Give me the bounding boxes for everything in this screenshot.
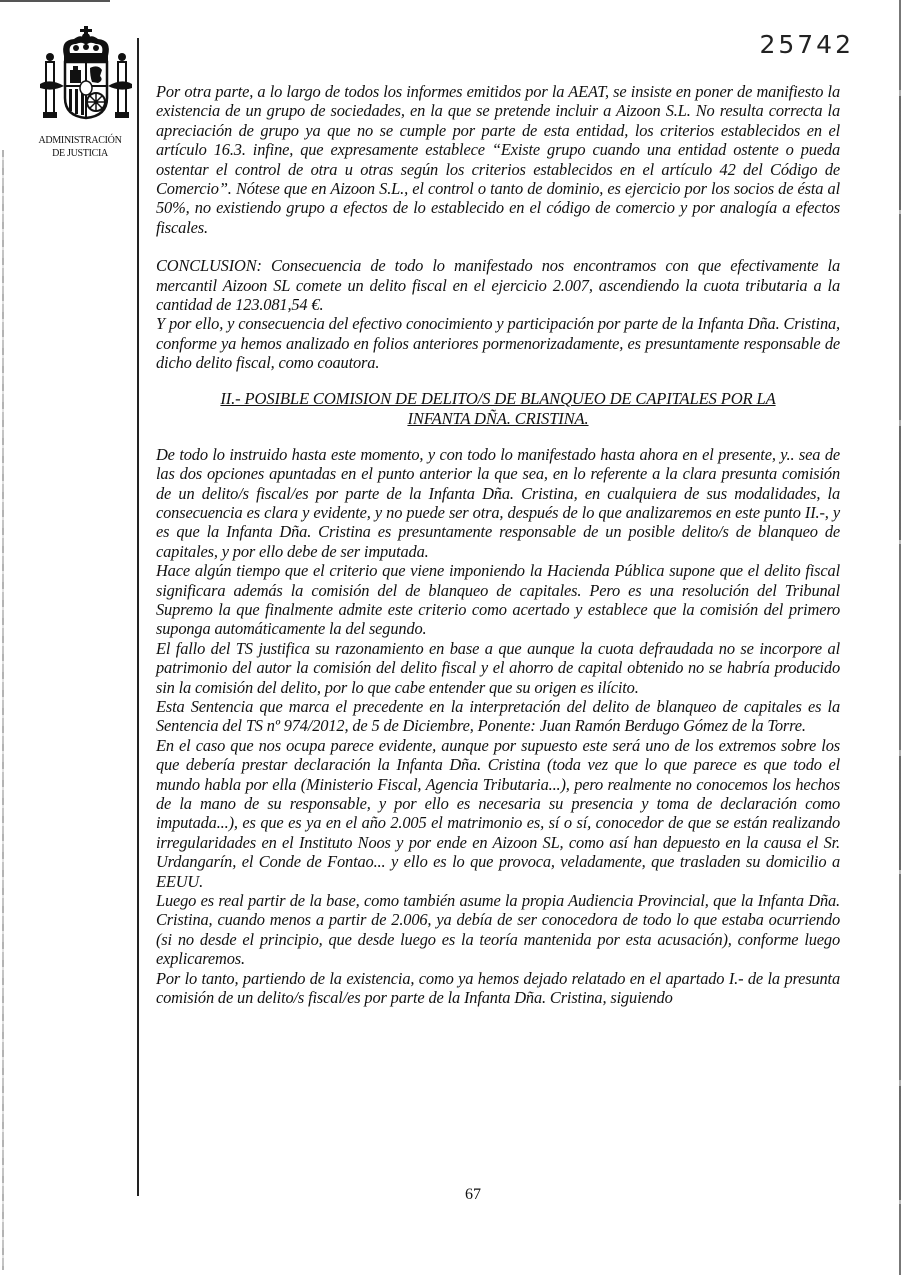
scan-edge-left bbox=[2, 150, 4, 1270]
page-number: 67 bbox=[0, 1186, 906, 1204]
margin-rule bbox=[137, 38, 139, 1196]
section-heading-line1: II.- POSIBLE COMISION DE DELITO/S DE BLA… bbox=[156, 389, 840, 409]
paragraph-imputation: De todo lo instruido hasta este momento,… bbox=[156, 445, 840, 561]
paragraph-sentencia: Esta Sentencia que marca el precedente e… bbox=[156, 697, 840, 736]
paragraph-conclusion-continued: Por lo tanto, partiendo de la existencia… bbox=[156, 969, 840, 1008]
paragraph-group-definition: Por otra parte, a lo largo de todos los … bbox=[156, 82, 840, 237]
folio-number: 25742 bbox=[759, 30, 854, 59]
logo-caption-line1: ADMINISTRACIÓN bbox=[20, 134, 140, 147]
section-heading: II.- POSIBLE COMISION DE DELITO/S DE BLA… bbox=[156, 389, 840, 429]
paragraph-case-analysis: En el caso que nos ocupa parece evidente… bbox=[156, 736, 840, 891]
logo bbox=[36, 26, 136, 126]
scan-edge-right bbox=[899, 0, 901, 1275]
paragraph-ts-ruling: El fallo del TS justifica su razonamient… bbox=[156, 639, 840, 697]
paragraph-conclusion: CONCLUSION: Consecuencia de todo lo mani… bbox=[156, 256, 840, 314]
section-heading-line2: INFANTA DÑA. CRISTINA. bbox=[156, 409, 840, 429]
logo-caption: ADMINISTRACIÓN DE JUSTICIA bbox=[20, 134, 140, 160]
paragraph-hacienda-criterion: Hace algún tiempo que el criterio que vi… bbox=[156, 561, 840, 639]
paragraph-coauthor: Y por ello, y consecuencia del efectivo … bbox=[156, 314, 840, 372]
paragraph-spacer bbox=[156, 237, 840, 256]
spanish-coat-of-arms-icon bbox=[38, 26, 134, 126]
scan-edge-top-left bbox=[0, 0, 110, 2]
logo-caption-line2: DE JUSTICIA bbox=[20, 147, 140, 160]
document-body: Por otra parte, a lo largo de todos los … bbox=[156, 82, 840, 1007]
paragraph-audiencia: Luego es real partir de la base, como ta… bbox=[156, 891, 840, 969]
section-spacer bbox=[156, 429, 840, 445]
